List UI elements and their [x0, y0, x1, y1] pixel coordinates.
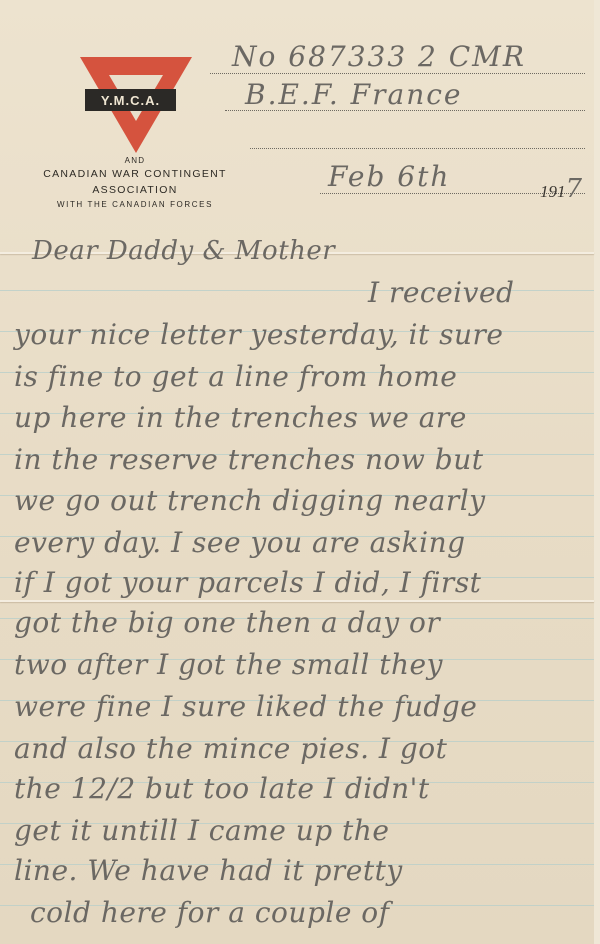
- body-line: is fine to get a line from home: [14, 360, 457, 393]
- paper-edge: [594, 0, 600, 944]
- letterhead-line2: ASSOCIATION: [20, 184, 250, 196]
- body-line: and also the mince pies. I got: [14, 732, 447, 765]
- body-line: if I got your parcels I did, I first: [14, 566, 481, 599]
- letterhead-and: AND: [20, 156, 250, 165]
- body-line: I received: [368, 276, 514, 309]
- fold-crease: [0, 600, 594, 602]
- salutation: Dear Daddy & Mother: [32, 236, 335, 266]
- body-line: cold here for a couple of: [30, 896, 390, 929]
- year-suffix: 7: [566, 174, 583, 204]
- year-printed: 1917: [540, 174, 582, 204]
- body-line: every day. I see you are asking: [14, 526, 466, 559]
- body-line: line. We have had it pretty: [14, 854, 403, 887]
- address-line-rule: [250, 148, 585, 149]
- letterhead-line1: CANADIAN WAR CONTINGENT: [20, 168, 250, 180]
- ymca-label: Y.M.C.A.: [85, 89, 176, 111]
- body-line: were fine I sure liked the fudge: [14, 690, 477, 723]
- address-line-rule: [210, 73, 585, 74]
- ymca-logo: Y.M.C.A.: [80, 57, 192, 153]
- body-line: got the big one then a day or: [14, 606, 440, 639]
- date-handwritten: Feb 6th: [328, 160, 450, 193]
- year-prefix: 191: [540, 182, 566, 201]
- address-line2: B.E.F. France: [245, 78, 462, 111]
- body-line: up here in the trenches we are: [14, 401, 467, 434]
- body-line: the 12/2 but too late I didn't: [14, 772, 430, 805]
- body-line: two after I got the small they: [14, 648, 443, 681]
- body-line: get it untill I came up the: [14, 814, 389, 847]
- body-line: your nice letter yesterday, it sure: [14, 318, 503, 351]
- body-line: in the reserve trenches now but: [14, 443, 483, 476]
- letterhead-line3: WITH THE CANADIAN FORCES: [20, 200, 250, 209]
- address-line1: No 687333 2 CMR: [232, 40, 526, 73]
- body-line: we go out trench digging nearly: [14, 484, 486, 517]
